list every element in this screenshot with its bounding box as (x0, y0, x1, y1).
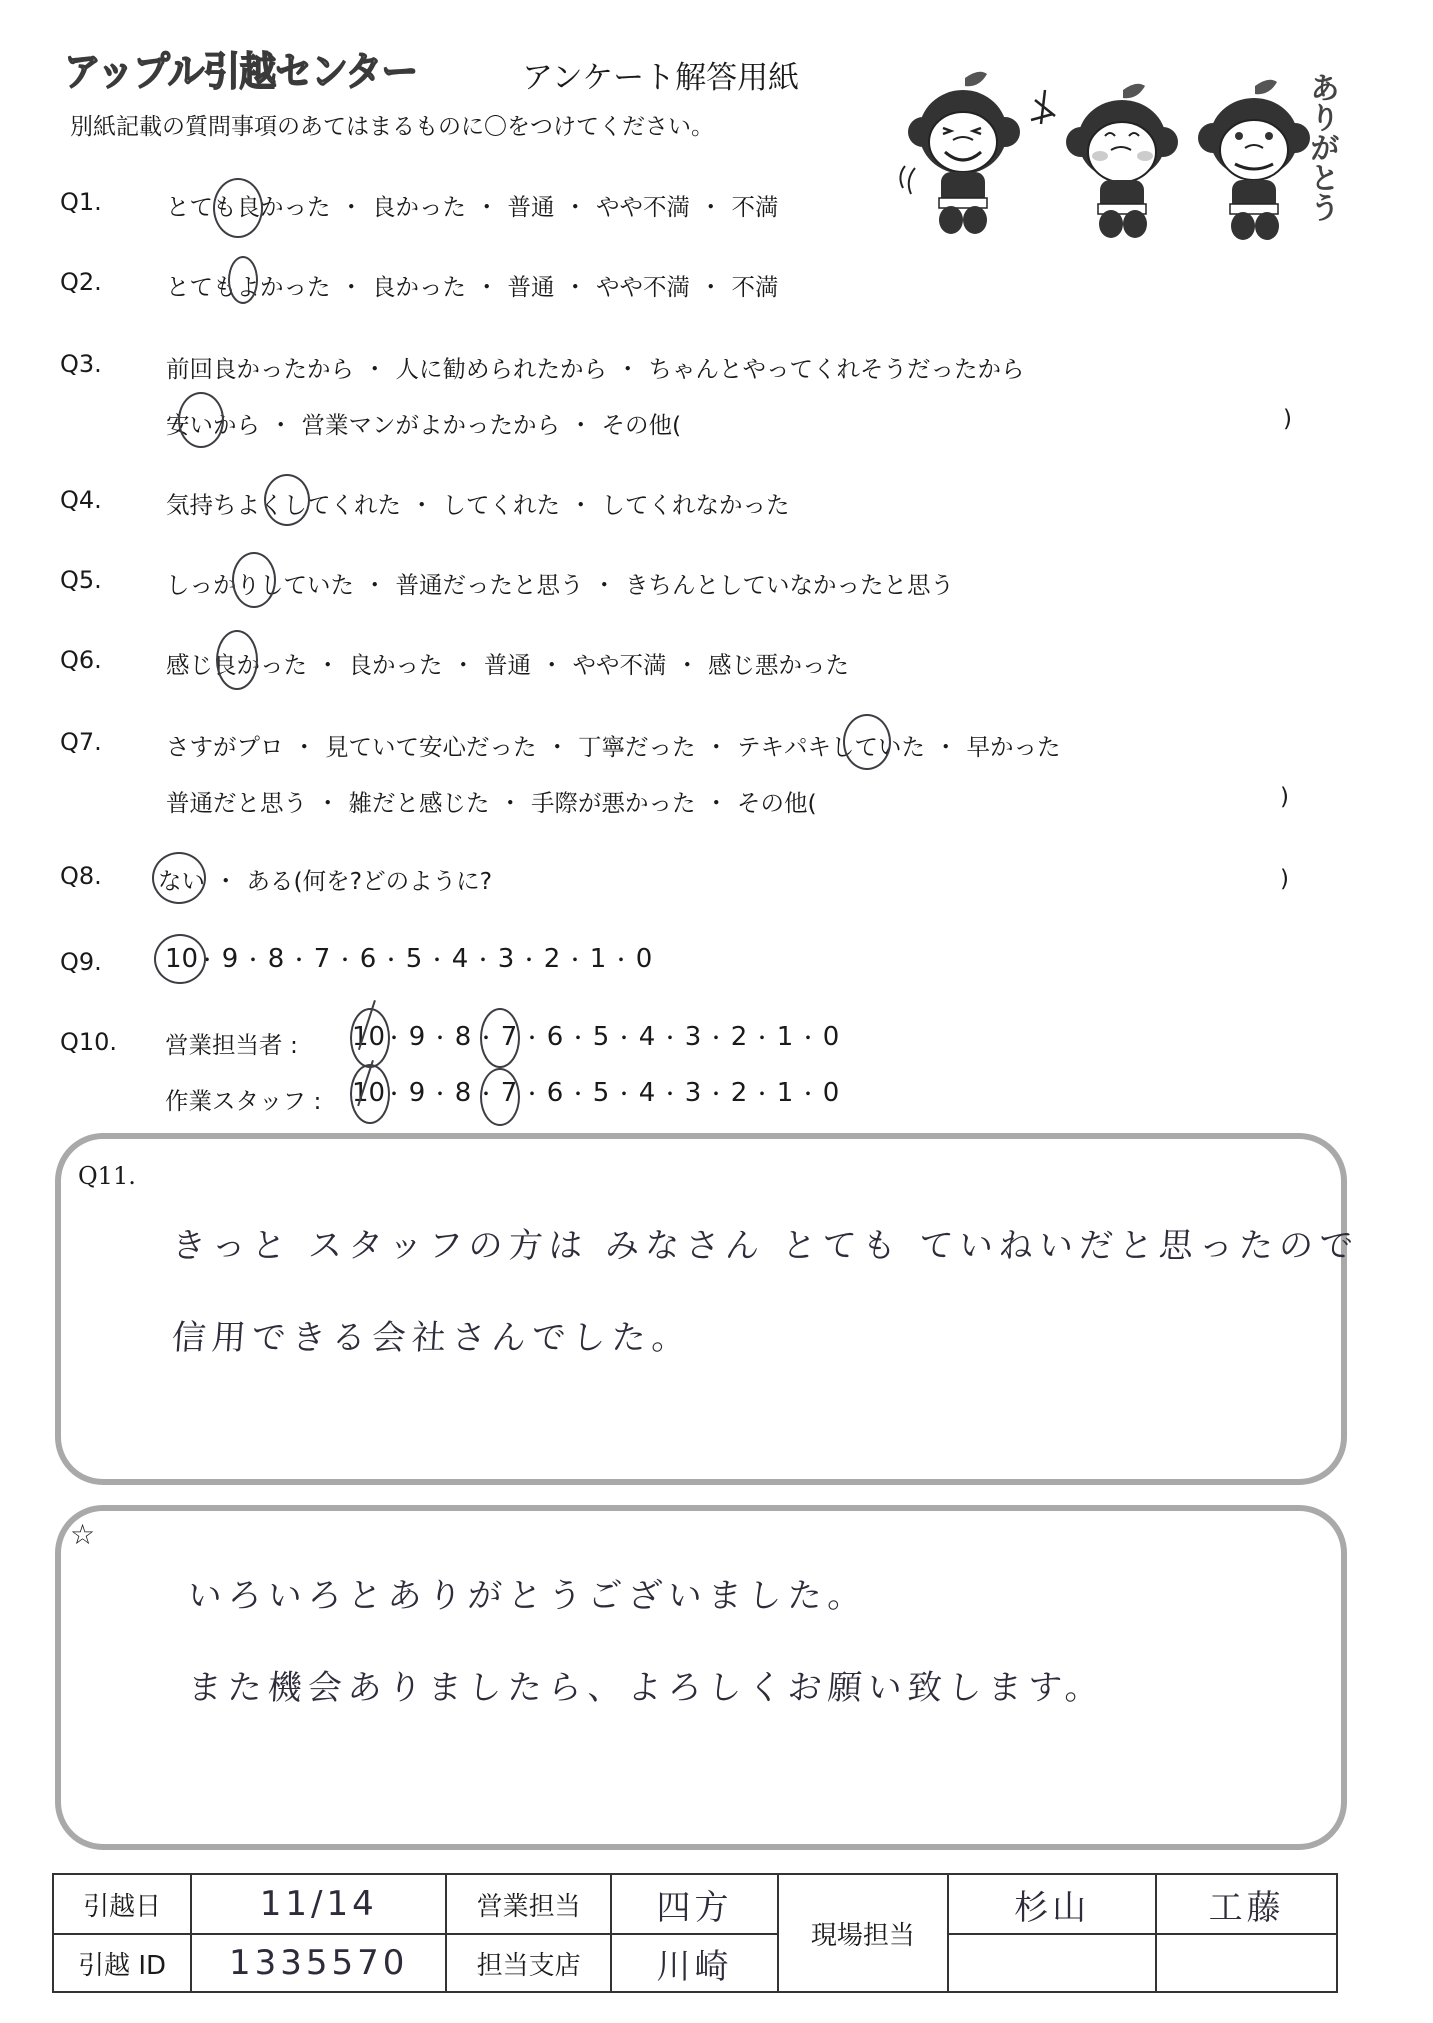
free-comment-handwritten-line-1: いろいろとありがとうございました。 (186, 1568, 869, 1617)
q6-option-2[interactable]: 良かった (349, 651, 443, 679)
q10-staff-score-10[interactable]: 10 (352, 1078, 382, 1108)
q9-score-3[interactable]: 3 (495, 944, 517, 974)
q11-comment-box[interactable] (55, 1133, 1347, 1485)
q10-staff-score-1[interactable]: 1 (774, 1078, 796, 1108)
q8-options: ない・ある(何を?どのように? (158, 862, 492, 896)
q10-sales-label: 営業担当者 : (165, 1026, 298, 1060)
q10-staff-score-6[interactable]: 6 (544, 1078, 566, 1108)
q6-option-5[interactable]: 感じ悪かった (708, 651, 849, 679)
q7-option-6[interactable]: 普通だと思う (166, 789, 307, 817)
q2-option-5[interactable]: 不満 (732, 273, 779, 301)
q10-sales-score-4[interactable]: 4 (636, 1022, 658, 1052)
q1-options: とても良かった・良かった・普通・やや不満・不満 (166, 188, 779, 222)
q9-score-9[interactable]: 9 (219, 944, 241, 974)
q7-option-1[interactable]: さすがプロ (166, 733, 284, 761)
q9-score-2[interactable]: 2 (541, 944, 563, 974)
q10-label: Q10. (60, 1028, 117, 1056)
q6-options: 感じ良かった・良かった・普通・やや不満・感じ悪かった (166, 646, 849, 680)
site-staff-3-value[interactable] (948, 1934, 1156, 1992)
q11-handwritten-line-2: 信用できる会社さんでした。 (170, 1310, 693, 1359)
q1-option-5[interactable]: 不満 (732, 193, 779, 221)
q10-sales-scale: 10・9・8・7・6・5・4・3・2・1・0 (352, 1022, 842, 1052)
site-staff-2-value[interactable]: 工藤 (1156, 1874, 1337, 1934)
q3-option-3[interactable]: ちゃんとやってくれそうだったから (649, 355, 1025, 383)
q10-sales-score-6[interactable]: 6 (544, 1022, 566, 1052)
q9-score-8[interactable]: 8 (265, 944, 287, 974)
q10-staff-score-4[interactable]: 4 (636, 1078, 658, 1108)
q5-option-3[interactable]: きちんとしていなかったと思う (625, 571, 954, 599)
site-staff-1-value[interactable]: 杉山 (948, 1874, 1156, 1934)
q10-sales-score-5[interactable]: 5 (590, 1022, 612, 1052)
q10-staff-score-2[interactable]: 2 (728, 1078, 750, 1108)
star-icon: ☆ (70, 1518, 95, 1551)
monkey-smiling-icon (1198, 80, 1310, 240)
q10-sales-score-8[interactable]: 8 (452, 1022, 474, 1052)
monkey-happy-icon (1066, 84, 1178, 238)
q10-staff-scale: 10・9・8・7・6・5・4・3・2・1・0 (352, 1078, 842, 1108)
q10-staff-label: 作業スタッフ : (165, 1082, 321, 1116)
q10-sales-score-9[interactable]: 9 (406, 1022, 428, 1052)
q5-option-1[interactable]: しっかりしていた (166, 571, 354, 599)
q7-option-4[interactable]: テキパキしていた (737, 733, 925, 761)
q10-staff-score-7[interactable]: 7 (498, 1078, 520, 1108)
free-comment-handwritten-line-2: また機会ありましたら、よろしくお願い致します。 (186, 1660, 1107, 1709)
q3-label: Q3. (60, 350, 102, 378)
q7-option-3[interactable]: 丁寧だった (578, 733, 696, 761)
q7-label: Q7. (60, 728, 102, 756)
q9-score-0[interactable]: 0 (633, 944, 655, 974)
moving-date-label: 引越日 (53, 1874, 191, 1934)
q7-options-row1: さすがプロ・見ていて安心だった・丁寧だった・テキパキしていた・早かった (166, 728, 1061, 762)
q3-option-1[interactable]: 前回良かったから (166, 355, 354, 383)
q2-options: とてもよかった・良かった・普通・やや不満・不満 (166, 268, 779, 302)
q10-staff-score-5[interactable]: 5 (590, 1078, 612, 1108)
q6-option-1[interactable]: 感じ良かった (166, 651, 307, 679)
q1-option-3[interactable]: 普通 (508, 193, 555, 221)
q9-score-10[interactable]: 10 (165, 944, 195, 974)
q7-option-8[interactable]: 手際が悪かった (531, 789, 696, 817)
q8-close-paren: ) (1280, 866, 1289, 892)
q4-option-2[interactable]: してくれた (443, 491, 561, 519)
q9-scale: 10・9・8・7・6・5・4・3・2・1・0 (165, 944, 655, 974)
q8-label: Q8. (60, 862, 102, 890)
q5-option-2[interactable]: 普通だったと思う (396, 571, 584, 599)
q2-option-3[interactable]: 普通 (508, 273, 555, 301)
monkey-waving-icon (900, 72, 1020, 234)
q1-label: Q1. (60, 188, 102, 216)
moving-date-value[interactable]: 11/14 (191, 1874, 446, 1934)
q9-score-5[interactable]: 5 (403, 944, 425, 974)
q6-option-4[interactable]: やや不満 (573, 651, 667, 679)
q7-option-2[interactable]: 見ていて安心だった (325, 733, 537, 761)
site-staff-label: 現場担当 (778, 1874, 948, 1992)
q9-score-4[interactable]: 4 (449, 944, 471, 974)
q7-options-row2: 普通だと思う・雑だと感じた・手際が悪かった・その他( (166, 784, 817, 818)
q1-option-2[interactable]: 良かった (372, 193, 466, 221)
q3-options-row2: 安いから・営業マンがよかったから・その他( (166, 406, 681, 440)
q10-staff-score-3[interactable]: 3 (682, 1078, 704, 1108)
sales-rep-value[interactable]: 四方 (611, 1874, 778, 1934)
q4-options: 気持ちよくしてくれた・してくれた・してくれなかった (166, 486, 790, 520)
q3-options-row1: 前回良かったから・人に勧められたから・ちゃんとやってくれそうだったから (166, 350, 1025, 384)
site-staff-4-value[interactable] (1156, 1934, 1337, 1992)
q8-option-none[interactable]: ない (158, 867, 205, 895)
form-title: アンケート解答用紙 (522, 52, 799, 97)
q10-staff-score-0[interactable]: 0 (820, 1078, 842, 1108)
q5-label: Q5. (60, 566, 102, 594)
branch-label: 担当支店 (446, 1934, 611, 1992)
q3-option-other[interactable]: その他( (602, 411, 682, 439)
q10-sales-score-2[interactable]: 2 (728, 1022, 750, 1052)
branch-value[interactable]: 川崎 (611, 1934, 778, 1992)
q2-option-1[interactable]: とてもよかった (166, 273, 331, 301)
q11-handwritten-line-1: きっと スタッフの方は みなさん とても ていねいだと思ったので (170, 1218, 1361, 1267)
q5-options: しっかりしていた・普通だったと思う・きちんとしていなかったと思う (166, 566, 954, 600)
q10-staff-score-9[interactable]: 9 (406, 1078, 428, 1108)
q7-close-paren: ) (1280, 784, 1289, 810)
q6-option-3[interactable]: 普通 (484, 651, 531, 679)
moving-id-label: 引越 ID (53, 1934, 191, 1992)
q4-option-3[interactable]: してくれなかった (602, 491, 790, 519)
q10-sales-score-1[interactable]: 1 (774, 1022, 796, 1052)
q10-sales-score-7[interactable]: 7 (498, 1022, 520, 1052)
q10-sales-score-0[interactable]: 0 (820, 1022, 842, 1052)
thank-you-text: ありがとう (1305, 72, 1339, 222)
q7-option-other[interactable]: その他( (737, 789, 817, 817)
q9-score-7[interactable]: 7 (311, 944, 333, 974)
q3-option-2[interactable]: 人に勧められたから (396, 355, 608, 383)
q9-score-1[interactable]: 1 (587, 944, 609, 974)
q2-label: Q2. (60, 268, 102, 296)
moving-id-value[interactable]: 1335570 (191, 1934, 446, 1992)
q3-option-5[interactable]: 営業マンがよかったから (302, 411, 561, 439)
instruction-text: 別紙記載の質問事項のあてはまるものに〇をつけてください。 (70, 108, 714, 141)
q8-option-some[interactable]: ある(何を?どのように? (247, 867, 493, 895)
q11-label: Q11. (78, 1162, 136, 1190)
move-info-table: 引越日 11/14 営業担当 四方 現場担当 杉山 工藤 引越 ID 13355… (52, 1873, 1338, 1993)
q9-score-6[interactable]: 6 (357, 944, 379, 974)
q4-option-1[interactable]: 気持ちよくしてくれた (166, 491, 401, 519)
q9-label: Q9. (60, 948, 102, 976)
q1-option-1[interactable]: とても良かった (166, 193, 331, 221)
company-name: アップル引越センター (64, 40, 417, 97)
q7-option-7[interactable]: 雑だと感じた (349, 789, 490, 817)
q6-label: Q6. (60, 646, 102, 674)
q3-option-4[interactable]: 安いから (166, 411, 260, 439)
sales-rep-label: 営業担当 (446, 1874, 611, 1934)
q2-option-2[interactable]: 良かった (372, 273, 466, 301)
q2-option-4[interactable]: やや不満 (596, 273, 690, 301)
q10-staff-score-8[interactable]: 8 (452, 1078, 474, 1108)
q3-close-paren: ) (1283, 406, 1292, 432)
q10-sales-score-3[interactable]: 3 (682, 1022, 704, 1052)
mascot-illustration (895, 60, 1340, 250)
q7-option-5[interactable]: 早かった (967, 733, 1061, 761)
q4-label: Q4. (60, 486, 102, 514)
q1-option-4[interactable]: やや不満 (596, 193, 690, 221)
